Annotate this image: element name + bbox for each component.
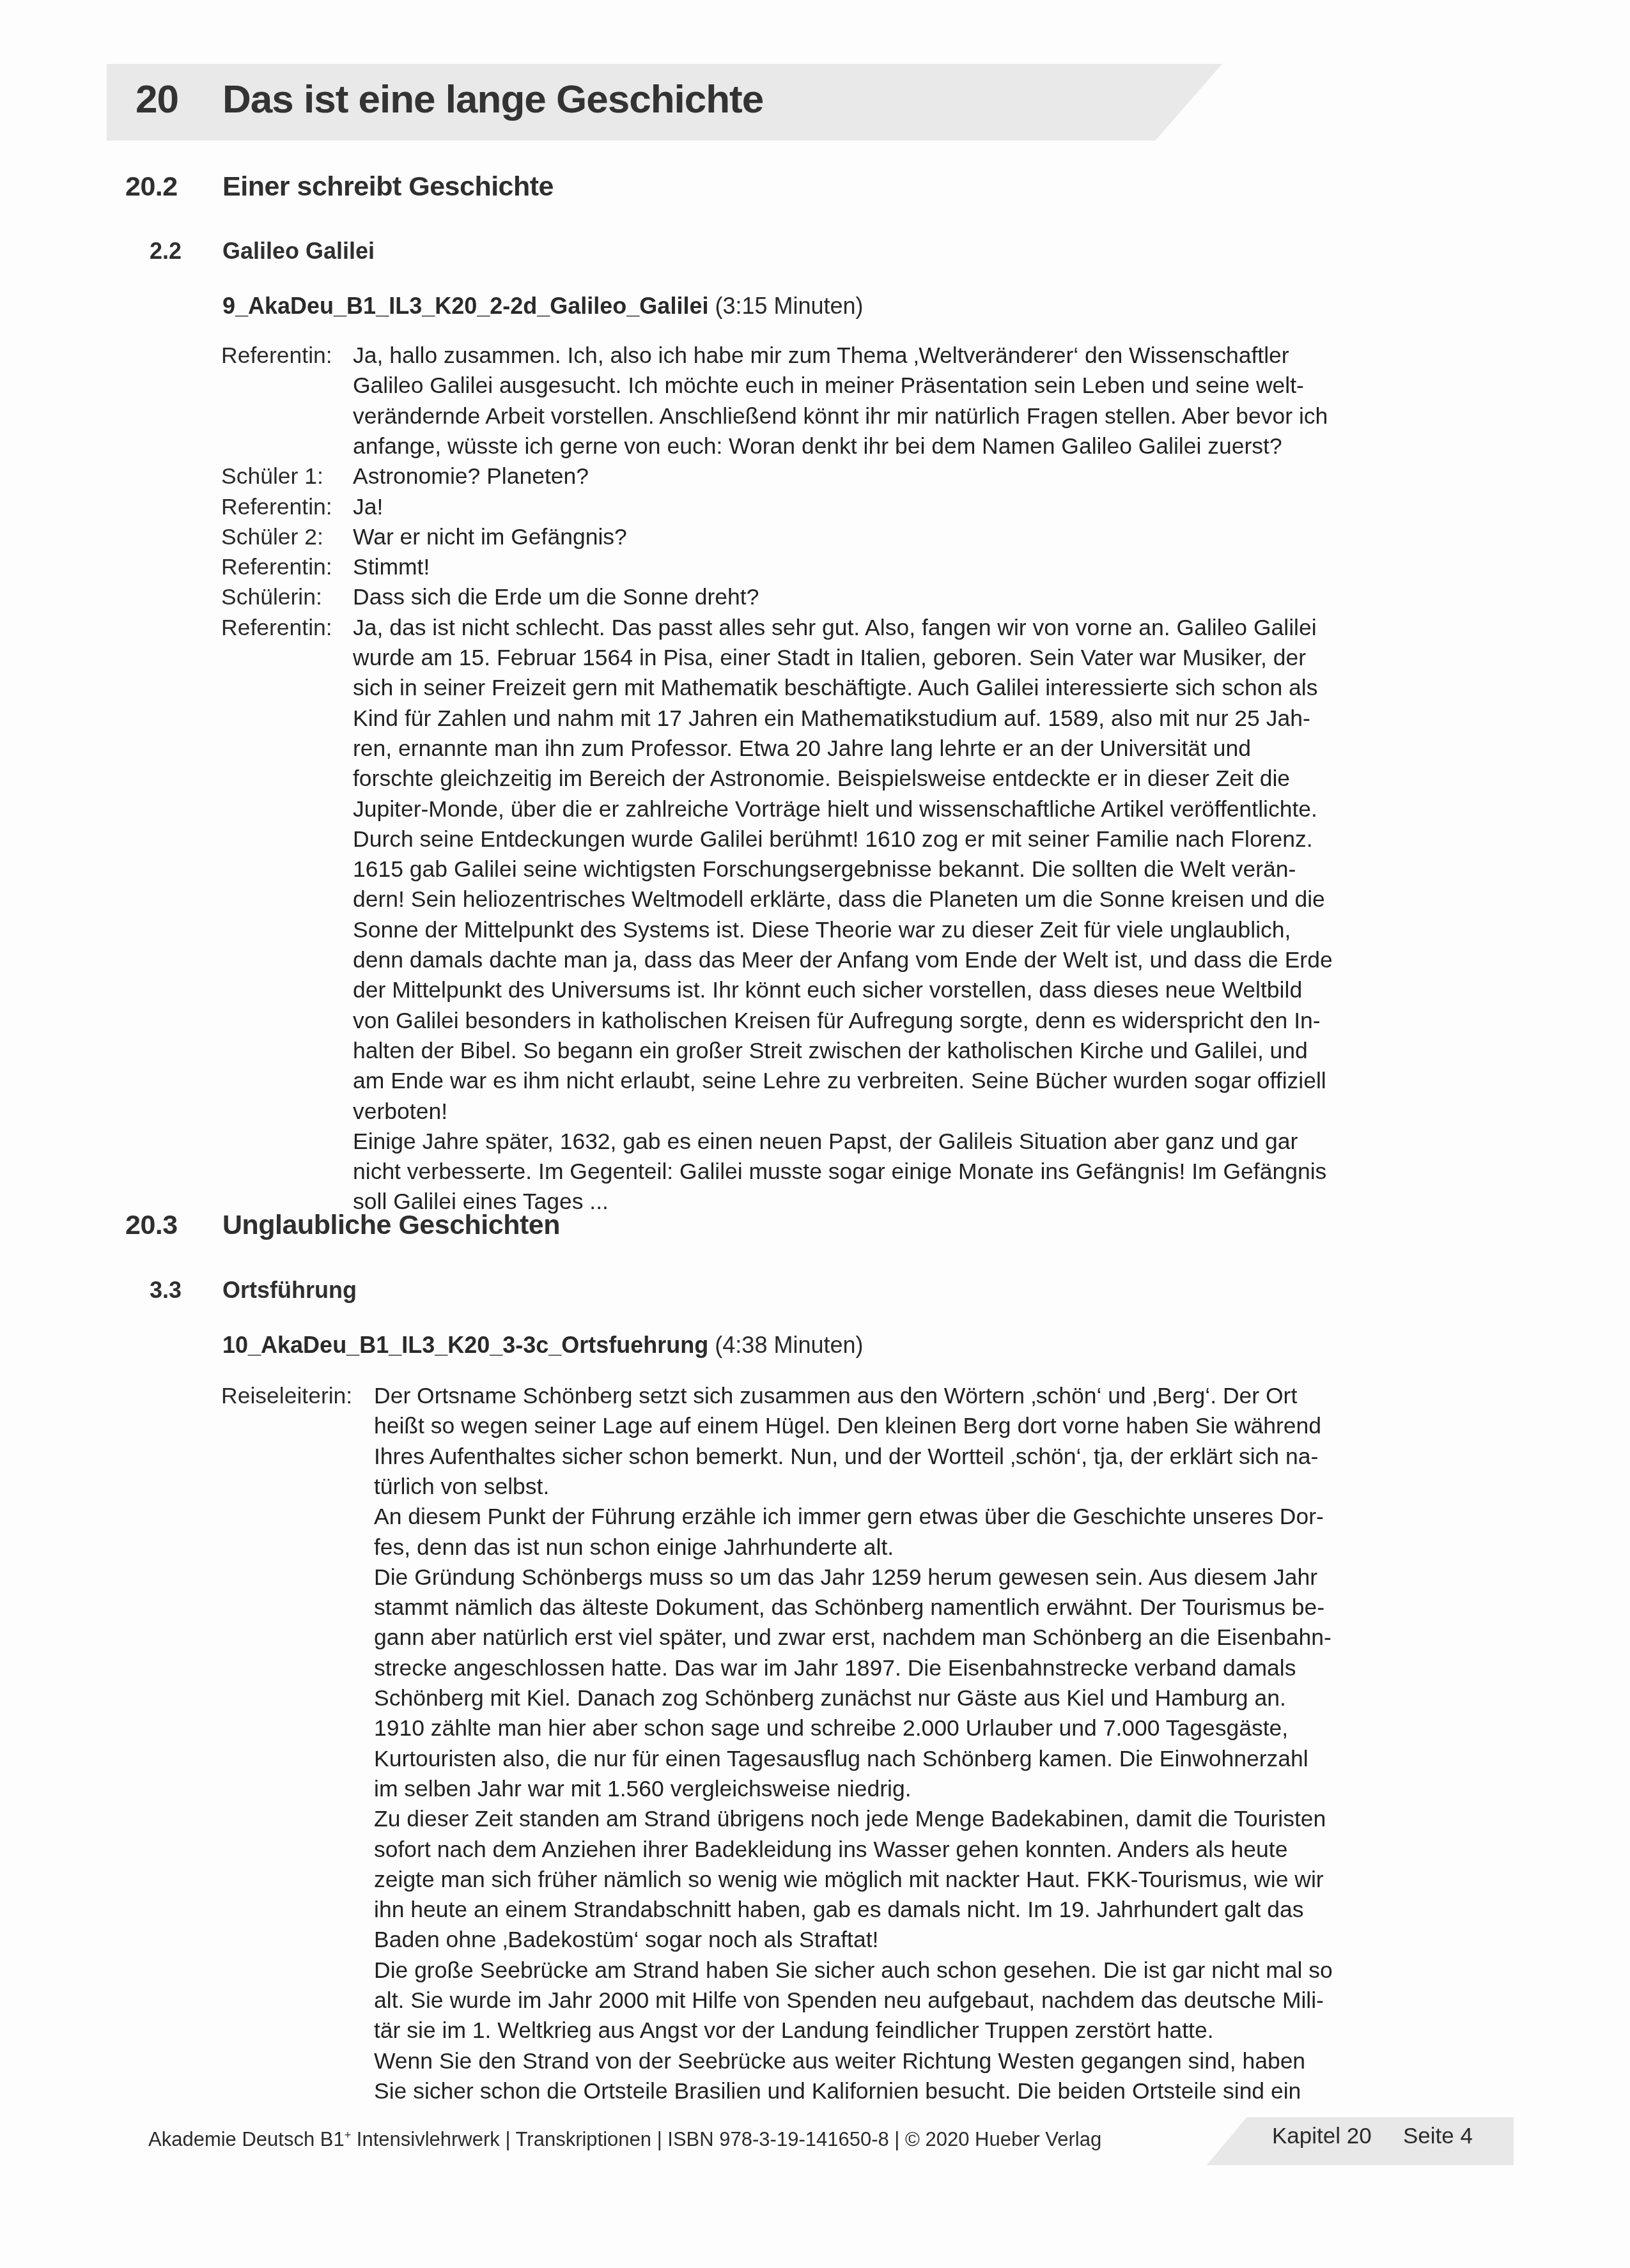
audio-file-name: 10_AkaDeu_B1_IL3_K20_3-3c_Ortsfuehrung bbox=[222, 1332, 708, 1358]
transcript-line: der Mittelpunkt des Universums ist. Ihr … bbox=[353, 977, 1302, 1003]
footer-level-superscript: + bbox=[345, 2129, 352, 2141]
transcript-line: An diesem Punkt der Führung erzähle ich … bbox=[374, 1504, 1324, 1530]
transcript-line: Stimmt! bbox=[353, 554, 430, 580]
chapter-title: Das ist eine lange Geschichte bbox=[222, 77, 763, 122]
footer-citation: Akademie Deutsch B1+ Intensivlehrwerk | … bbox=[148, 2128, 1101, 2151]
footer-publication-info: Intensivlehrwerk | Transkriptionen | ISB… bbox=[351, 2128, 1101, 2150]
subsection-title: Galileo Galilei bbox=[222, 238, 375, 265]
transcript-line: strecke angeschlossen hatte. Das war im … bbox=[374, 1655, 1296, 1681]
section-title: Einer schreibt Geschichte bbox=[222, 171, 554, 203]
transcript-line: dern! Sein heliozentrisches Weltmodell e… bbox=[353, 886, 1325, 913]
transcript-line: am Ende war es ihm nicht erlaubt, seine … bbox=[353, 1068, 1326, 1094]
transcript-line: Wenn Sie den Strand von der Seebrücke au… bbox=[374, 2048, 1305, 2074]
speaker-label: Referentin: bbox=[221, 343, 332, 369]
transcript-line: Sie sicher schon die Ortsteile Brasilien… bbox=[374, 2078, 1301, 2104]
transcript-line: alt. Sie wurde im Jahr 2000 mit Hilfe vo… bbox=[374, 1987, 1324, 2014]
transcript-line: Der Ortsname Schönberg setzt sich zusamm… bbox=[374, 1383, 1297, 1409]
footer-chapter-label: Kapitel 20 bbox=[1272, 2124, 1372, 2149]
transcript-line: nicht verbesserte. Im Gegenteil: Galilei… bbox=[353, 1159, 1326, 1185]
transcript-line: War er nicht im Gefängnis? bbox=[353, 524, 627, 550]
section-number: 20.3 bbox=[125, 1210, 178, 1241]
transcript-line: Galileo Galilei ausgesucht. Ich möchte e… bbox=[353, 373, 1304, 399]
transcript-line: verboten! bbox=[353, 1099, 447, 1125]
transcript-line: Ja, hallo zusammen. Ich, also ich habe m… bbox=[353, 343, 1289, 369]
transcript-line: Die Gründung Schönbergs muss so um das J… bbox=[374, 1564, 1317, 1591]
transcript-line: Ihres Aufenthaltes sicher schon bemerkt.… bbox=[374, 1444, 1318, 1470]
transcript-line: ren, ernannte man ihn zum Professor. Etw… bbox=[353, 736, 1251, 762]
transcript-line: verändernde Arbeit vorstellen. Anschließ… bbox=[353, 403, 1328, 429]
transcript-line: 1910 zählte man hier aber schon sage und… bbox=[374, 1715, 1288, 1741]
section-number: 20.2 bbox=[125, 171, 178, 203]
transcript-line: Kind für Zahlen und nahm mit 17 Jahren e… bbox=[353, 706, 1310, 732]
transcript-line: Schönberg mit Kiel. Danach zog Schönberg… bbox=[374, 1685, 1286, 1711]
transcript-line: Ja! bbox=[353, 494, 383, 520]
speaker-label: Schülerin: bbox=[221, 584, 322, 610]
transcript-line: wurde am 15. Februar 1564 in Pisa, einer… bbox=[353, 645, 1306, 671]
transcript-line: Einige Jahre später, 1632, gab es einen … bbox=[353, 1129, 1298, 1155]
footer-book-title: Akademie Deutsch B1 bbox=[148, 2128, 345, 2150]
transcript-line: Durch seine Entdeckungen wurde Galilei b… bbox=[353, 826, 1313, 852]
speaker-label: Reiseleiterin: bbox=[221, 1383, 352, 1409]
audio-file-line: 10_AkaDeu_B1_IL3_K20_3-3c_Ortsfuehrung (… bbox=[222, 1332, 863, 1359]
speaker-label: Referentin: bbox=[221, 615, 332, 641]
audio-file-line: 9_AkaDeu_B1_IL3_K20_2-2d_Galileo_Galilei… bbox=[222, 293, 864, 320]
subsection-number: 3.3 bbox=[150, 1277, 182, 1304]
transcript-line: Ja, das ist nicht schlecht. Das passt al… bbox=[353, 615, 1317, 641]
transcript-line: Sonne der Mittelpunkt des Systems ist. D… bbox=[353, 917, 1291, 943]
subsection-title: Ortsführung bbox=[222, 1277, 357, 1304]
speaker-label: Referentin: bbox=[221, 494, 332, 520]
transcript-line: zeigte man sich früher nämlich so wenig … bbox=[374, 1867, 1324, 1893]
section-title: Unglaubliche Geschichten bbox=[222, 1210, 560, 1241]
transcript-line: forschte gleichzeitig im Bereich der Ast… bbox=[353, 766, 1290, 792]
transcript-line: tär sie im 1. Weltkrieg aus Angst vor de… bbox=[374, 2017, 1214, 2044]
transcript-line: Baden ohne ‚Badekostüm‘ sogar noch als S… bbox=[374, 1927, 878, 1953]
speaker-label: Referentin: bbox=[221, 554, 332, 580]
transcript-line: sich in seiner Freizeit gern mit Mathema… bbox=[353, 675, 1317, 701]
chapter-number: 20 bbox=[136, 77, 178, 122]
transcript-line: Dass sich die Erde um die Sonne dreht? bbox=[353, 584, 759, 610]
transcript-line: Astronomie? Planeten? bbox=[353, 463, 589, 490]
transcript-line: heißt so wegen seiner Lage auf einem Hüg… bbox=[374, 1413, 1321, 1439]
transcript-line: Jupiter-Monde, über die er zahlreiche Vo… bbox=[353, 796, 1317, 822]
transcript-line: stammt nämlich das älteste Dokument, das… bbox=[374, 1594, 1324, 1621]
speaker-label: Schüler 1: bbox=[221, 463, 323, 490]
transcript-line: von Galilei besonders in katholischen Kr… bbox=[353, 1008, 1321, 1034]
audio-file-name: 9_AkaDeu_B1_IL3_K20_2-2d_Galileo_Galilei bbox=[222, 293, 708, 319]
transcript-line: 1615 gab Galilei seine wichtigsten Forsc… bbox=[353, 856, 1296, 883]
footer-page-number: Seite 4 bbox=[1403, 2124, 1473, 2149]
transcript-line: Die große Seebrücke am Strand haben Sie … bbox=[374, 1957, 1333, 1984]
transcript-line: denn damals dachte man ja, dass das Meer… bbox=[353, 947, 1333, 973]
audio-duration: (4:38 Minuten) bbox=[715, 1332, 863, 1358]
transcript-line: anfange, wüsste ich gerne von euch: Wora… bbox=[353, 433, 1282, 459]
transcript-line: Zu dieser Zeit standen am Strand übrigen… bbox=[374, 1806, 1326, 1832]
transcript-line: Kurtouristen also, die nur für einen Tag… bbox=[374, 1746, 1308, 1772]
transcript-line: sofort nach dem Anziehen ihrer Badekleid… bbox=[374, 1837, 1287, 1863]
transcript-line: türlich von selbst. bbox=[374, 1474, 549, 1500]
transcript-line: im selben Jahr war mit 1.560 vergleichsw… bbox=[374, 1776, 912, 1802]
transcript-line: ihn heute an einem Strandabschnitt haben… bbox=[374, 1897, 1303, 1923]
speaker-label: Schüler 2: bbox=[221, 524, 323, 550]
transcript-line: halten der Bibel. So begann ein großer S… bbox=[353, 1038, 1308, 1064]
audio-duration: (3:15 Minuten) bbox=[715, 293, 863, 319]
transcript-line: fes, denn das ist nun schon einige Jahrh… bbox=[374, 1534, 894, 1561]
transcript-line: gann aber natürlich erst viel später, un… bbox=[374, 1624, 1331, 1651]
subsection-number: 2.2 bbox=[150, 238, 182, 265]
